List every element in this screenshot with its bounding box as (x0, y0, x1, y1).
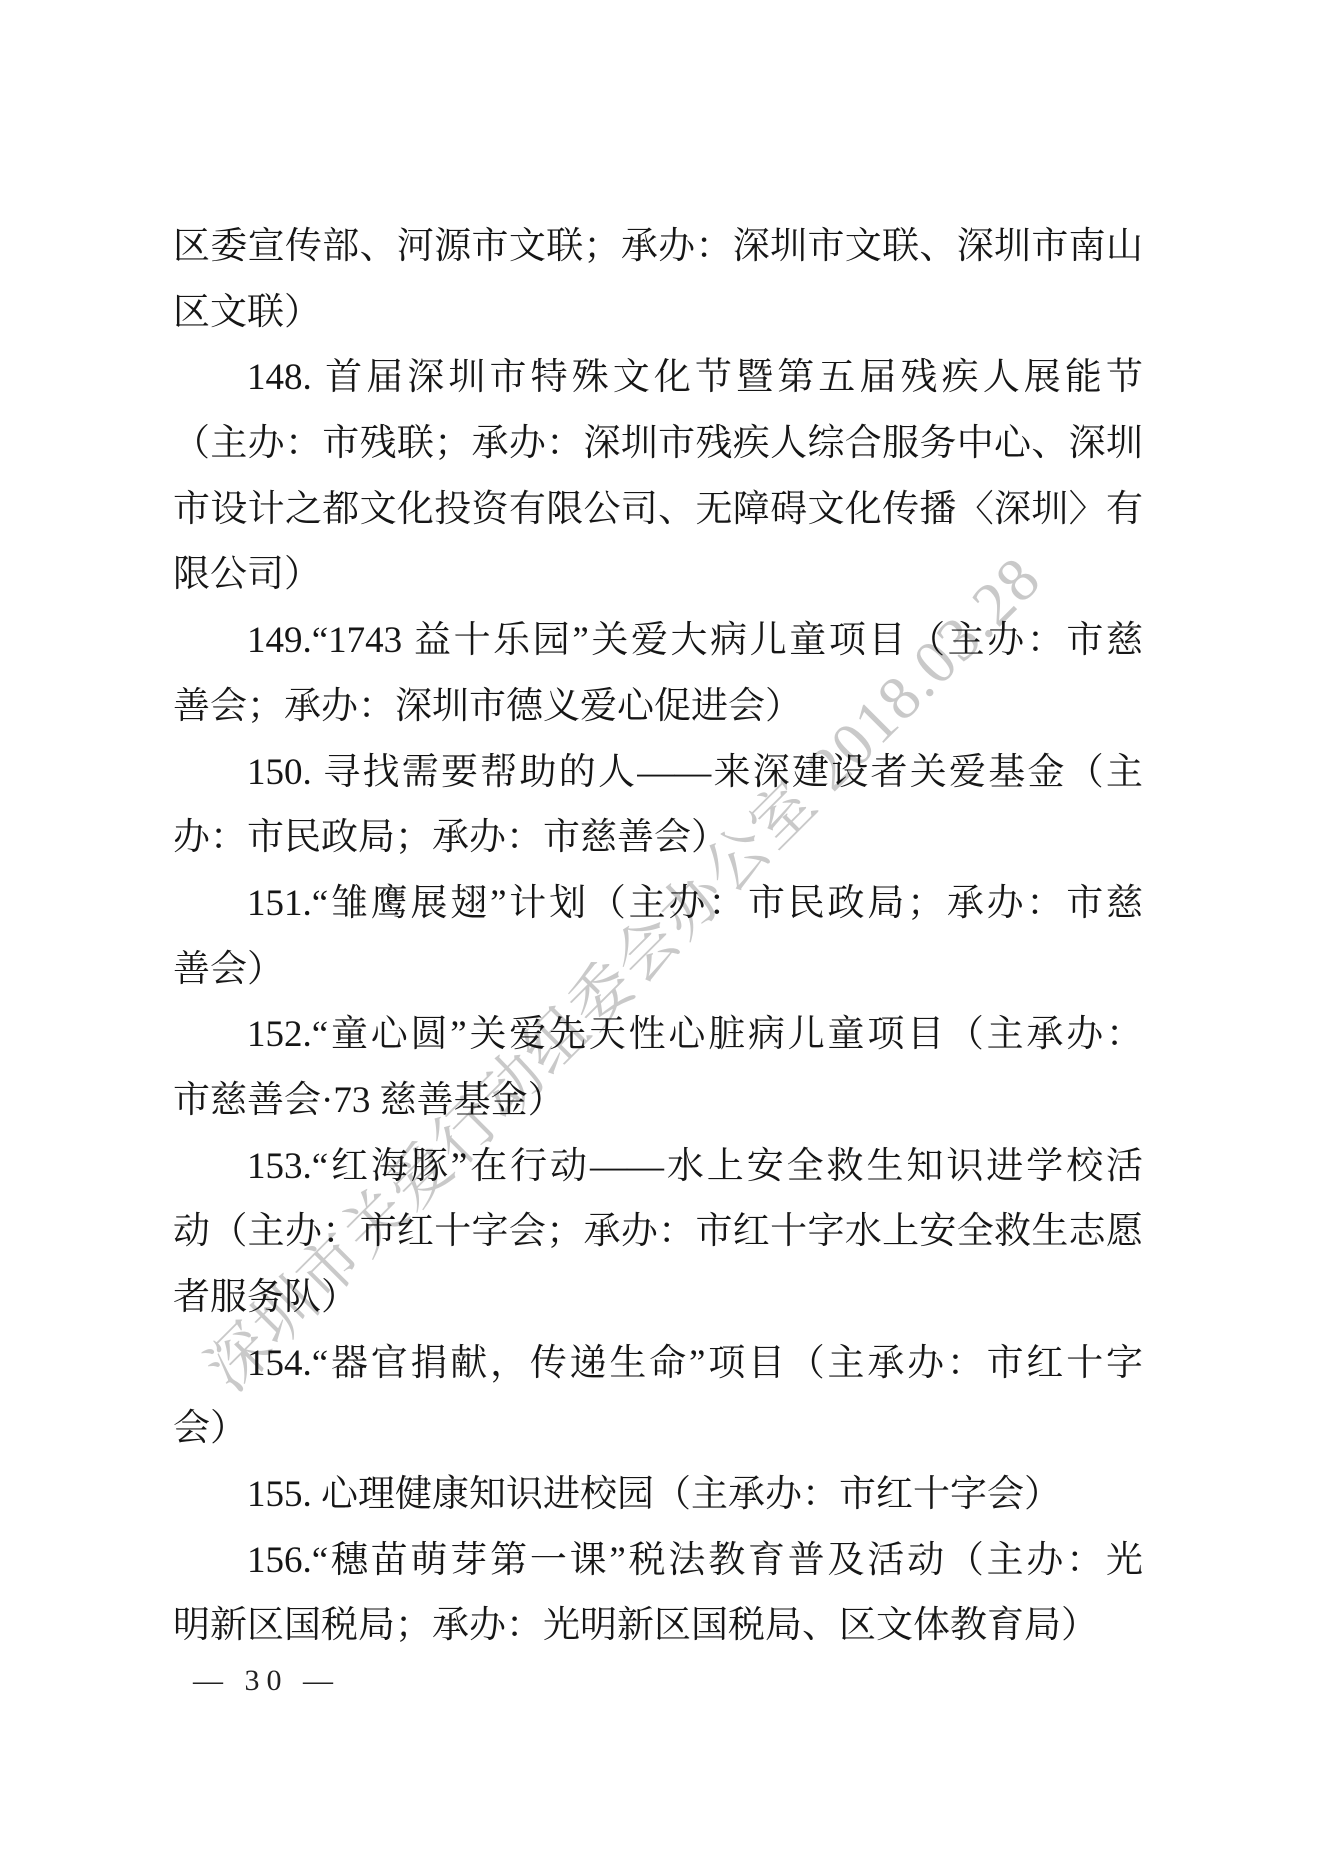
text-line: 区文联） (173, 280, 1143, 346)
document-page: 深圳市关爱行动组委会办公室 2018.03.28 区委宣传部、河源市文联；承办：… (0, 0, 1323, 1871)
text-line: 善会；承办：深圳市德义爱心促进会） (173, 674, 1143, 740)
text-line: 155. 心理健康知识进校园（主承办：市红十字会） (173, 1462, 1143, 1528)
text-line: 区委宣传部、河源市文联；承办：深圳市文联、深圳市南山 (173, 214, 1143, 280)
text-line: 明新区国税局；承办：光明新区国税局、区文体教育局） (173, 1593, 1143, 1659)
text-line: 者服务队） (173, 1265, 1143, 1331)
text-line: 148. 首届深圳市特殊文化节暨第五届残疾人展能节 (173, 345, 1143, 411)
text-line: 152.“童心圆”关爱先天性心脏病儿童项目（主承办： (173, 1002, 1143, 1068)
page-number: — 30 — (193, 1664, 340, 1698)
text-line: 151.“雏鹰展翅”计划（主办：市民政局；承办：市慈 (173, 871, 1143, 937)
text-line: 会） (173, 1396, 1143, 1462)
text-line: 市慈善会·73 慈善基金） (173, 1068, 1143, 1134)
text-block: 区委宣传部、河源市文联；承办：深圳市文联、深圳市南山区文联）148. 首届深圳市… (173, 214, 1143, 1659)
text-line: （主办：市残联；承办：深圳市残疾人综合服务中心、深圳 (173, 411, 1143, 477)
text-line: 153.“红海豚”在行动——水上安全救生知识进学校活 (173, 1134, 1143, 1200)
text-line: 市设计之都文化投资有限公司、无障碍文化传播〈深圳〉有 (173, 477, 1143, 543)
text-line: 办：市民政局；承办：市慈善会） (173, 805, 1143, 871)
text-line: 156.“穗苗萌芽第一课”税法教育普及活动（主办：光 (173, 1528, 1143, 1594)
text-line: 154.“器官捐献，传递生命”项目（主承办：市红十字 (173, 1331, 1143, 1397)
text-line: 150. 寻找需要帮助的人——来深建设者关爱基金（主 (173, 740, 1143, 806)
text-line: 善会） (173, 937, 1143, 1003)
text-line: 动（主办：市红十字会；承办：市红十字水上安全救生志愿 (173, 1199, 1143, 1265)
text-line: 限公司） (173, 542, 1143, 608)
text-line: 149.“1743 益十乐园”关爱大病儿童项目（主办：市慈 (173, 608, 1143, 674)
